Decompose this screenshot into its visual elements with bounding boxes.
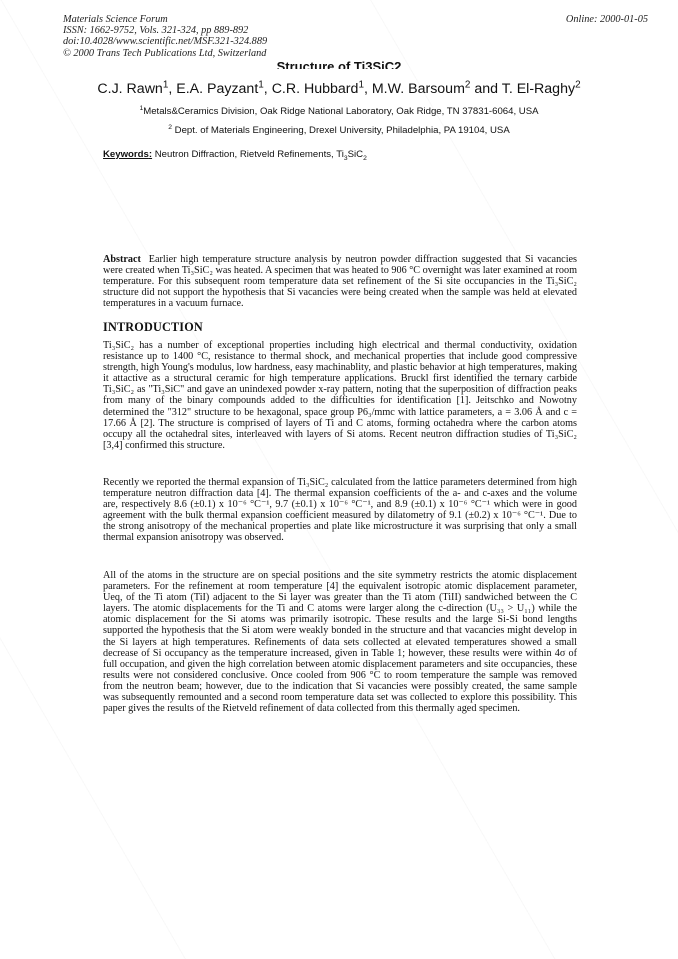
doi-link[interactable]: doi:10.4028/www.scientific.net/MSF.321-3… xyxy=(63,36,267,47)
section-heading-introduction: INTRODUCTION xyxy=(103,320,203,335)
keywords: Keywords: Neutron Diffraction, Rietveld … xyxy=(103,149,367,160)
affiliation-1: 1Metals&Ceramics Division, Oak Ridge Nat… xyxy=(0,106,678,117)
keywords-colon: : xyxy=(149,149,152,160)
introduction-paragraph-3: All of the atoms in the structure are on… xyxy=(103,570,577,714)
journal-name: Materials Science Forum xyxy=(63,14,267,25)
author-name: C.J. Rawn xyxy=(97,81,162,97)
author-separator: , xyxy=(264,81,272,97)
online-date: Online: 2000-01-05 xyxy=(566,14,648,25)
author-separator: , xyxy=(364,81,372,97)
abstract-label: Abstract xyxy=(103,254,141,265)
paragraph-text: Recently we reported the thermal expansi… xyxy=(103,477,577,544)
introduction-paragraph-1: Ti₃SiC₂ has a number of exceptional prop… xyxy=(103,340,577,451)
introduction-paragraph-2: Recently we reported the thermal expansi… xyxy=(103,477,577,544)
author-name: C.R. Hubbard xyxy=(272,81,359,97)
author-name: M.W. Barsoum xyxy=(372,81,465,97)
paragraph-text: Ti₃SiC₂ has a number of exceptional prop… xyxy=(103,340,577,451)
publication-info: Materials Science Forum ISSN: 1662-9752,… xyxy=(63,14,267,59)
issn-line: ISSN: 1662-9752, Vols. 321-324, pp 889-8… xyxy=(63,25,267,36)
author-list: C.J. Rawn1, E.A. Payzant1, C.R. Hubbard1… xyxy=(0,81,678,97)
author-name: E.A. Payzant xyxy=(176,81,258,97)
author-separator: and xyxy=(470,81,501,97)
subscript: 2 xyxy=(363,155,367,162)
abstract-text: Earlier high temperature structure analy… xyxy=(103,254,577,309)
paragraph-text: All of the atoms in the structure are on… xyxy=(103,570,577,714)
keywords-text: SiC xyxy=(348,149,363,160)
abstract: Abstract Earlier high temperature struct… xyxy=(103,254,577,309)
keywords-label: Keywords xyxy=(103,149,149,160)
paper-title-text: Structure of Ti3SiC2 xyxy=(277,60,402,69)
affiliation-text: Dept. of Materials Engineering, Drexel U… xyxy=(175,125,510,136)
affiliation-text: Metals&Ceramics Division, Oak Ridge Nati… xyxy=(143,106,538,117)
affiliation-mark: 2 xyxy=(168,124,172,131)
copyright-line: © 2000 Trans Tech Publications Ltd, Swit… xyxy=(63,48,267,59)
paper-title: Structure of Ti3SiC2 xyxy=(0,60,678,69)
author-affiliation-mark: 2 xyxy=(575,79,581,90)
author-name: T. El-Raghy xyxy=(502,81,575,97)
affiliation-2: 2 Dept. of Materials Engineering, Drexel… xyxy=(0,125,678,136)
keywords-text: Neutron Diffraction, Rietveld Refinement… xyxy=(155,149,344,160)
